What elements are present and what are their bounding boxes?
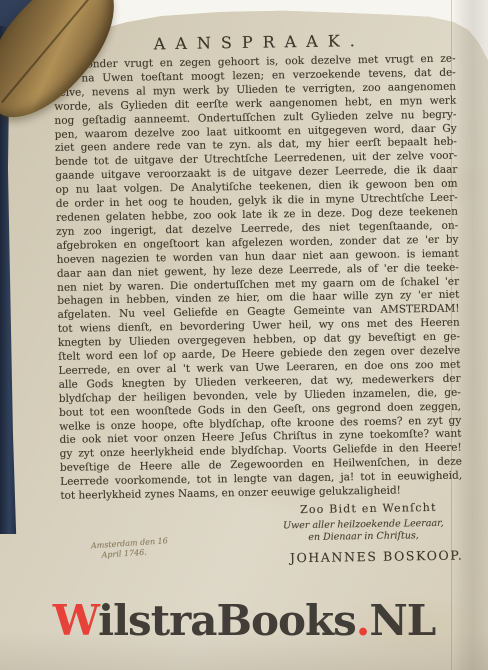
book-page: AANSPRAAK. niet zonder vrugt en zegen ge… <box>0 0 488 670</box>
author-role: Uwer aller heilzoekende Leeraar, en Dien… <box>266 518 461 544</box>
watermark-dot: . <box>356 596 370 645</box>
closing-phrase: Zoo Bidt en Wenſcht <box>61 501 463 520</box>
watermark-mid: ilstra <box>98 596 216 645</box>
watermark-books: Books <box>216 596 355 645</box>
printed-text-block: AANSPRAAK. niet zonder vrugt en zegen ge… <box>53 30 463 569</box>
book-photo: AANSPRAAK. niet zonder vrugt en zegen ge… <box>0 0 488 670</box>
watermark-initial: W <box>53 596 98 645</box>
page-heading: AANSPRAAK. <box>53 30 455 55</box>
watermark-suffix: NL <box>369 596 435 645</box>
page-fold <box>451 0 488 670</box>
watermark: WilstraBooks.NL <box>0 596 488 646</box>
body-text: niet zonder vrugt en zegen gehoort is, o… <box>54 53 463 504</box>
